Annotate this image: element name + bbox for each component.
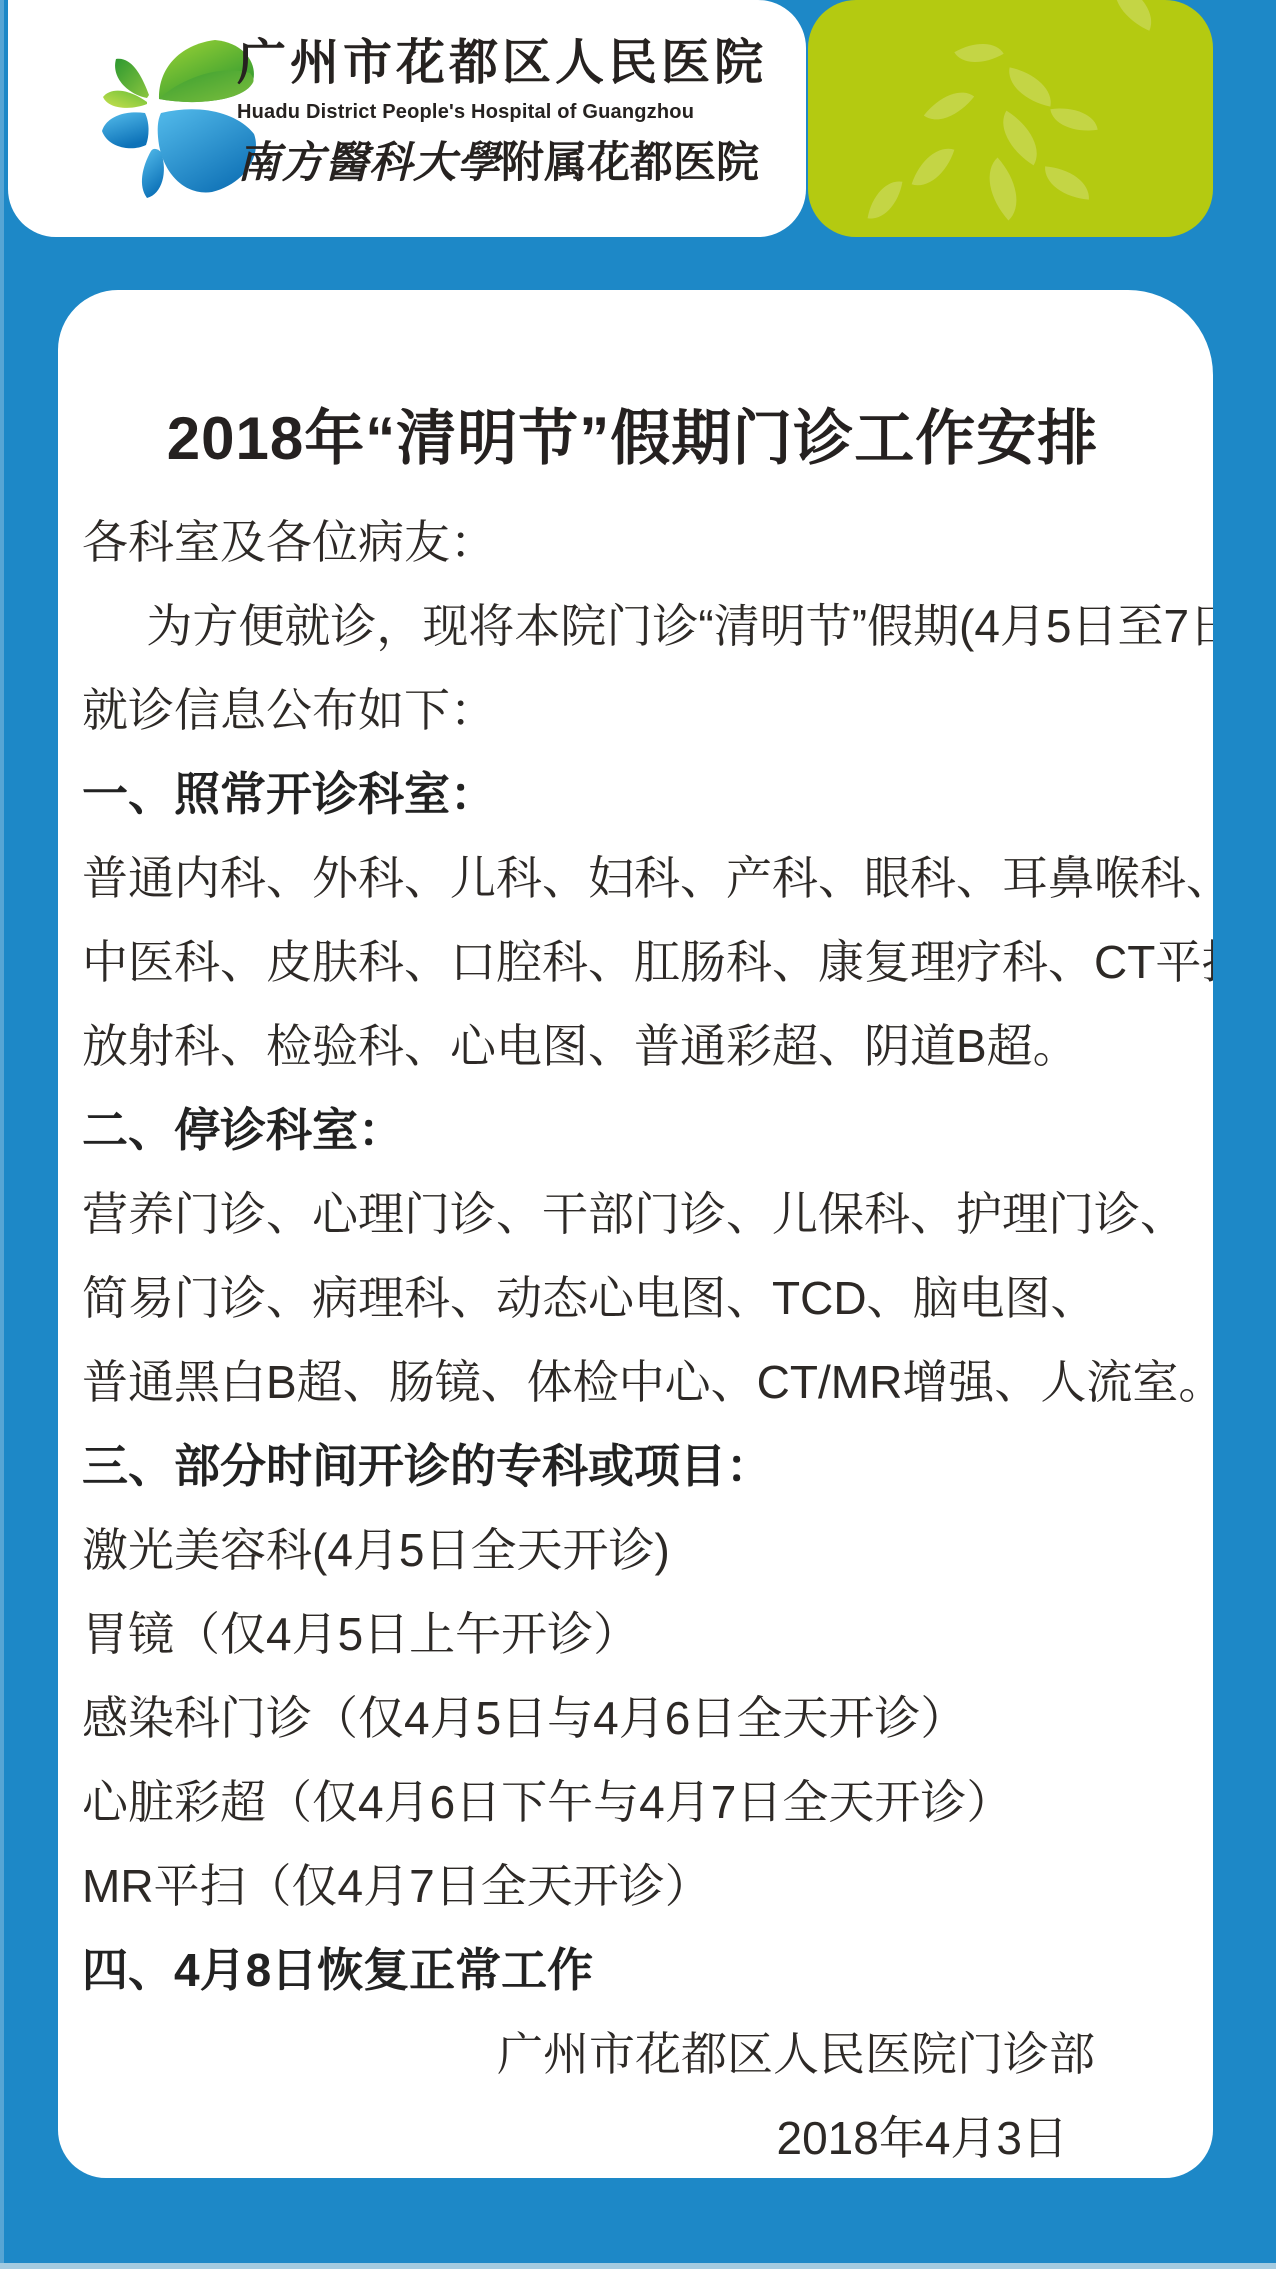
leaf-decoration bbox=[972, 158, 1033, 221]
signature: 广州市花都区人民医院门诊部 bbox=[82, 2012, 1183, 2096]
notice-content: 2018年“清明节”假期门诊工作安排 各科室及各位病友： 为方便就诊，现将本院门… bbox=[58, 290, 1213, 2178]
leaf-decoration bbox=[868, 177, 903, 223]
affiliation-hospital: 附属花都医院 bbox=[501, 139, 759, 187]
hospital-name-cn: 广州市花都区人民医院 bbox=[237, 24, 797, 94]
affiliation-university: 南方醫科大學 bbox=[237, 139, 501, 187]
notice-line: 中医科、皮肤科、口腔科、肛肠科、康复理疗科、CT平扫 bbox=[82, 920, 1183, 1004]
hospital-affiliation: 南方醫科大學附属花都医院 bbox=[237, 129, 797, 190]
notice-title: 2018年“清明节”假期门诊工作安排 bbox=[82, 368, 1183, 500]
leaf-decoration bbox=[1043, 166, 1091, 199]
leaf-decoration bbox=[954, 31, 1003, 75]
leaf-decoration bbox=[989, 111, 1050, 166]
notice-line: 胃镜（仅4月5日上午开诊） bbox=[82, 1592, 1183, 1676]
hospital-name-en: Huadu District People's Hospital of Guan… bbox=[237, 101, 797, 124]
notice-line: MR平扫（仅4月7日全天开诊） bbox=[82, 1844, 1183, 1928]
signature-date: 2018年4月3日 bbox=[82, 2096, 1183, 2178]
header-green-panel bbox=[808, 0, 1213, 237]
section-heading: 四、4月8日恢复正常工作 bbox=[82, 1928, 1183, 2012]
notice-line: 营养门诊、心理门诊、干部门诊、儿保科、护理门诊、 bbox=[82, 1172, 1183, 1256]
leaf-decoration bbox=[1003, 67, 1056, 106]
leaf-decoration bbox=[1104, 0, 1163, 31]
notice-line: 激光美容科(4月5日全天开诊) bbox=[82, 1508, 1183, 1592]
notice-line: 放射科、检验科、心电图、普通彩超、阴道B超。 bbox=[82, 1004, 1183, 1088]
salutation: 各科室及各位病友： bbox=[82, 500, 1183, 584]
section-heading: 二、停诊科室： bbox=[82, 1088, 1183, 1172]
leaf-decoration bbox=[924, 79, 974, 132]
notice-line: 心脏彩超（仅4月6日下午与4月7日全天开诊） bbox=[82, 1760, 1183, 1844]
notice-line: 简易门诊、病理科、动态心电图、TCD、脑电图、 bbox=[82, 1256, 1183, 1340]
hospital-name-block: 广州市花都区人民医院 Huadu District People's Hospi… bbox=[237, 24, 797, 190]
header-card: 广州市花都区人民医院 Huadu District People's Hospi… bbox=[8, 0, 806, 237]
intro-line: 为方便就诊，现将本院门诊“清明节”假期(4月5日至7日) bbox=[82, 584, 1183, 668]
section-heading: 三、部分时间开诊的专科或项目： bbox=[82, 1424, 1183, 1508]
notice-card: 2018年“清明节”假期门诊工作安排 各科室及各位病友： 为方便就诊，现将本院门… bbox=[58, 290, 1213, 2178]
section-heading: 一、照常开诊科室： bbox=[82, 752, 1183, 836]
notice-line: 普通内科、外科、儿科、妇科、产科、眼科、耳鼻喉科、 bbox=[82, 836, 1183, 920]
notice-body: 各科室及各位病友： 为方便就诊，现将本院门诊“清明节”假期(4月5日至7日) 就… bbox=[82, 500, 1183, 2178]
leaf-decoration bbox=[912, 140, 955, 193]
bottom-edge-stripe bbox=[0, 2263, 1276, 2269]
leaf-decoration bbox=[1050, 103, 1097, 136]
notice-line: 普通黑白B超、肠镜、体检中心、CT/MR增强、人流室。 bbox=[82, 1340, 1183, 1424]
left-edge-stripe bbox=[0, 0, 4, 2269]
notice-line: 感染科门诊（仅4月5日与4月6日全天开诊） bbox=[82, 1676, 1183, 1760]
intro-line: 就诊信息公布如下： bbox=[82, 668, 1183, 752]
